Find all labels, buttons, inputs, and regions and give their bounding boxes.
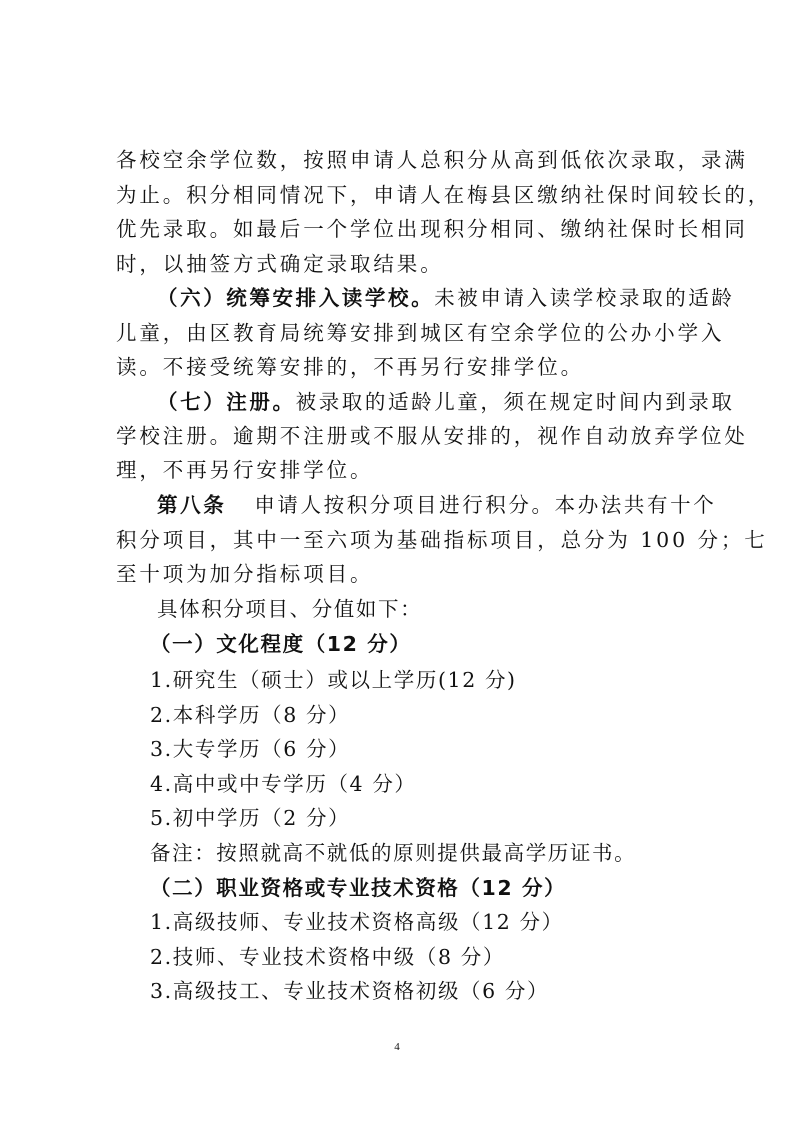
article-8-heading: 第八条 xyxy=(157,493,226,517)
body-text-line: 读。不接受统筹安排的，不再另行安排学位。 xyxy=(116,353,690,381)
section-1-note: 备注：按照就高不就低的原则提供最高学历证书。 xyxy=(150,839,724,867)
paragraph-item-7: （七）注册。被录取的适龄儿童，须在规定时间内到录取 xyxy=(157,388,731,416)
article-8: 第八条申请人按积分项目进行积分。本办法共有十个 xyxy=(157,491,731,519)
section-1-heading: （一）文化程度（12 分） xyxy=(150,630,724,658)
item-7-heading: （七）注册。 xyxy=(157,390,296,414)
item-6-heading: （六）统筹安排入读学校。 xyxy=(157,286,434,310)
scoring-intro: 具体积分项目、分值如下： xyxy=(157,595,731,623)
page-number: 4 xyxy=(0,1041,794,1053)
body-text-line: 学校注册。逾期不注册或不服从安排的，视作自动放弃学位处 xyxy=(116,422,690,450)
list-item: 1.研究生（硕士）或以上学历(12 分) xyxy=(150,666,724,694)
body-text-line: 积分项目，其中一至六项为基础指标项目，总分为 100 分；七 xyxy=(116,526,690,554)
body-text-line: 时，以抽签方式确定录取结果。 xyxy=(116,250,690,278)
list-item: 4.高中或中专学历（4 分） xyxy=(150,770,724,798)
body-text: 被录取的适龄儿童，须在规定时间内到录取 xyxy=(296,390,735,414)
body-text-line: 至十项为加分指标项目。 xyxy=(116,560,690,588)
body-text: 未被申请入读学校录取的适龄 xyxy=(434,286,734,310)
list-item: 3.高级技工、专业技术资格初级（6 分） xyxy=(150,977,724,1005)
paragraph-item-6: （六）统筹安排入读学校。未被申请入读学校录取的适龄 xyxy=(157,284,731,312)
section-2-heading: （二）职业资格或专业技术资格（12 分） xyxy=(150,874,724,902)
body-text-line: 为止。积分相同情况下，申请人在梅县区缴纳社保时间较长的， xyxy=(116,181,690,209)
list-item: 5.初中学历（2 分） xyxy=(150,804,724,832)
list-item: 2.技师、专业技术资格中级（8 分） xyxy=(150,943,724,971)
body-text-line: 理，不再另行安排学位。 xyxy=(116,456,690,484)
document-page: 各校空余学位数，按照申请人总积分从高到低依次录取，录满 为止。积分相同情况下，申… xyxy=(0,0,794,1123)
list-item: 2.本科学历（8 分） xyxy=(150,701,724,729)
body-text: 申请人按积分项目进行积分。本办法共有十个 xyxy=(254,493,716,517)
body-text-line: 优先录取。如最后一个学位出现积分相同、缴纳社保时长相同 xyxy=(116,215,690,243)
body-text-line: 儿童，由区教育局统筹安排到城区有空余学位的公办小学入 xyxy=(116,319,690,347)
list-item: 1.高级技师、专业技术资格高级（12 分） xyxy=(150,908,724,936)
body-text-line: 各校空余学位数，按照申请人总积分从高到低依次录取，录满 xyxy=(116,146,690,174)
list-item: 3.大专学历（6 分） xyxy=(150,735,724,763)
